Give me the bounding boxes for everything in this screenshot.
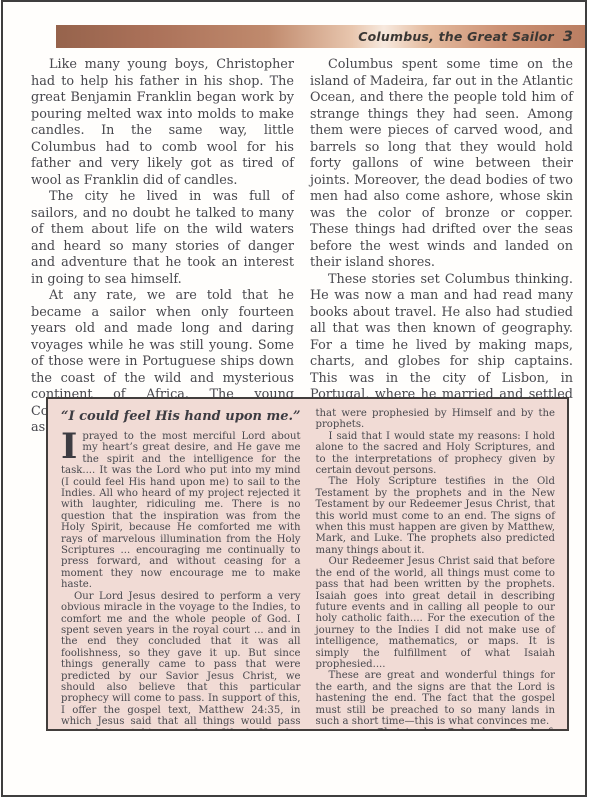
paragraph: Like many young boys, Christopher had to… [31, 57, 294, 189]
paragraph: These are great and wonderful things for… [316, 670, 556, 727]
quote-box-right-column: that were prophesied by Himself and by t… [316, 408, 556, 731]
paragraph: The Holy Scripture testifies in the Old … [316, 476, 556, 556]
quote-box-title: “I could feel His hand upon me.” [61, 409, 301, 424]
article-left-column: Like many young boys, Christopher had to… [31, 57, 294, 437]
chapter-header-banner: Columbus, the Great Sailor 3 [56, 25, 585, 48]
paragraph: that were prophesied by Himself and by t… [316, 408, 556, 431]
drop-cap: I [61, 431, 82, 460]
attribution-author: Christopher Columbus, [376, 726, 509, 731]
paragraph: Our Lord Jesus desired to perform a very… [61, 591, 301, 731]
article-right-column: Columbus spent some time on the island o… [310, 57, 573, 420]
paragraph: The city he lived in was full of sailors… [31, 189, 294, 288]
paragraph: Columbus spent some time on the island o… [310, 57, 573, 272]
page-number: 3 [563, 29, 573, 45]
paragraph: Our Redeemer Jesus Christ said that befo… [316, 556, 556, 670]
quote-attribution: Christopher Columbus, Book of Prophecies [316, 727, 556, 731]
primary-source-quote-box: “I could feel His hand upon me.” Iprayed… [46, 397, 569, 731]
paragraph: Iprayed to the most merciful Lord about … [61, 431, 301, 591]
book-page: Columbus, the Great Sailor 3 Like many y… [1, 0, 587, 797]
chapter-title: Columbus, the Great Sailor [358, 29, 554, 44]
quote-box-left-column: “I could feel His hand upon me.” Iprayed… [61, 408, 301, 731]
paragraph: I said that I would state my reasons: I … [316, 431, 556, 477]
